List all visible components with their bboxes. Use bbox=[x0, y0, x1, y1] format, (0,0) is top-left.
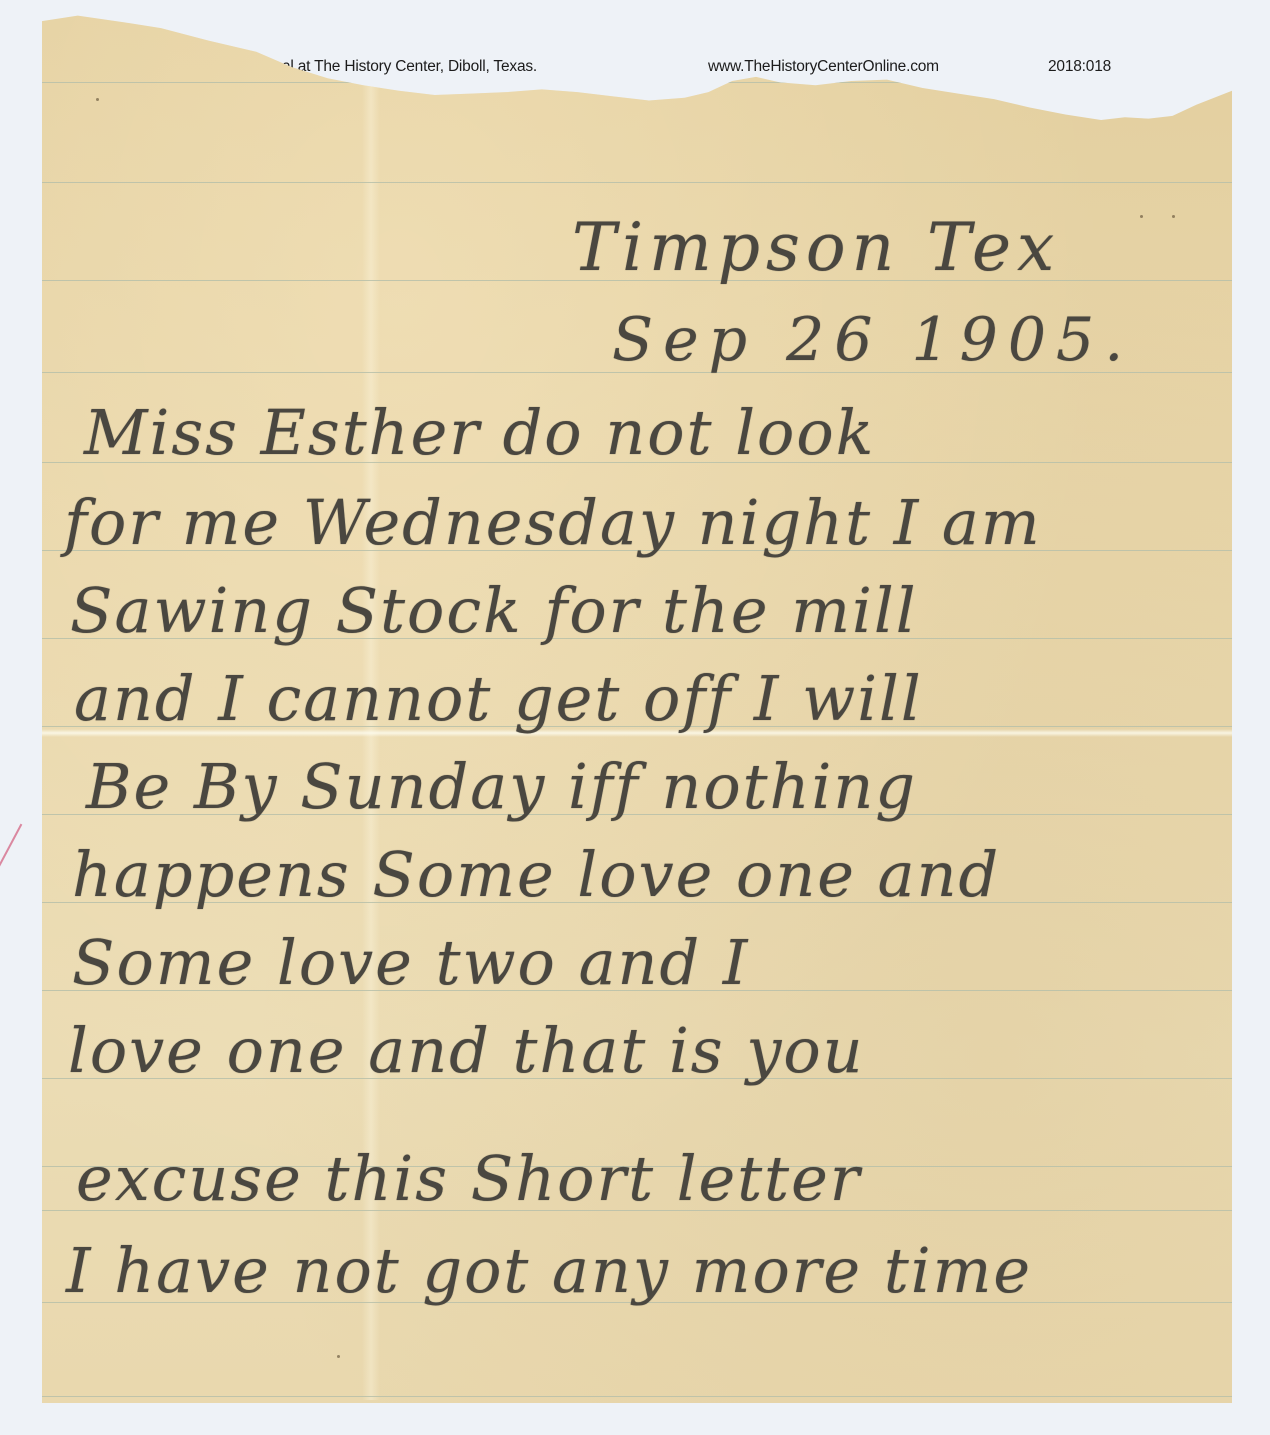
archive-website-link[interactable]: www.TheHistoryCenterOnline.com bbox=[708, 58, 939, 76]
letter-line: Be By Sunday iff nothing bbox=[86, 756, 917, 818]
letter-line: Some love two and I bbox=[72, 932, 749, 994]
paper-speck bbox=[337, 1355, 340, 1358]
letter-line: excuse this Short letter bbox=[76, 1148, 861, 1210]
paper-speck bbox=[1172, 215, 1175, 218]
pink-pencil-mark bbox=[0, 824, 22, 887]
letter-line: Miss Esther do not look bbox=[84, 402, 875, 464]
letter-place: Timpson Tex bbox=[572, 215, 1060, 281]
letter-paper: Timpson Tex Sep 26 1905. Miss Esther do … bbox=[42, 10, 1232, 1403]
paper-speck bbox=[1140, 215, 1143, 218]
letter-line: Sawing Stock for the mill bbox=[70, 580, 918, 642]
letter-date: Sep 26 1905. bbox=[612, 310, 1133, 370]
ruled-line bbox=[42, 1396, 1232, 1397]
ruled-line bbox=[42, 82, 1232, 83]
letter-line: for me Wednesday night I am bbox=[64, 492, 1042, 554]
paper-speck bbox=[942, 1280, 945, 1283]
letter-line: I have not got any more time bbox=[66, 1240, 1032, 1302]
scanned-document: Copied from an original at The History C… bbox=[0, 0, 1270, 1435]
letter-line: and I cannot get off I will bbox=[74, 668, 923, 730]
paper-speck bbox=[96, 98, 99, 101]
letter-line: happens Some love one and bbox=[72, 844, 1000, 906]
accession-number: 2018:018 bbox=[1048, 58, 1111, 76]
ruled-line bbox=[42, 182, 1232, 183]
letter-line: love one and that is you bbox=[68, 1020, 865, 1082]
